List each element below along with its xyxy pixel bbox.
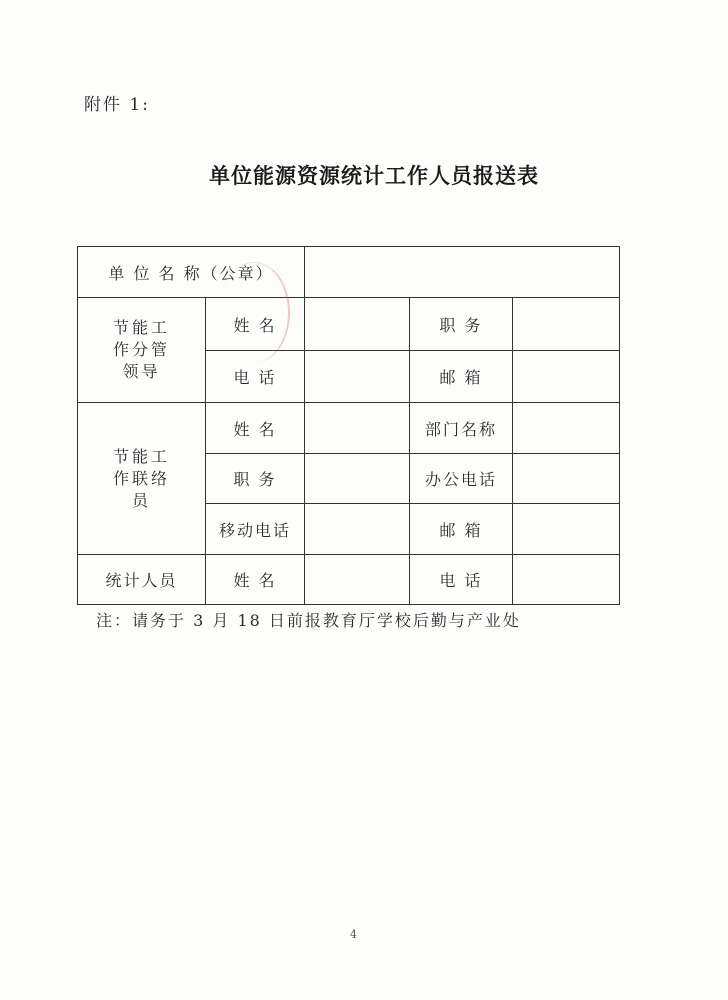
- leader-group-label: 节能工作分管领导: [78, 298, 206, 403]
- leader-name-label: 姓 名: [206, 298, 305, 351]
- report-form-table: 单 位 名 称（公章） 节能工作分管领导 姓 名 职 务 电 话 邮 箱 节能工…: [77, 246, 620, 605]
- stats-phone-field[interactable]: [513, 555, 620, 605]
- stats-name-field[interactable]: [305, 555, 410, 605]
- liaison-position-field[interactable]: [305, 454, 410, 504]
- unit-name-label: 单 位 名 称（公章）: [78, 247, 305, 298]
- unit-name-field[interactable]: [305, 247, 620, 298]
- leader-email-field[interactable]: [513, 351, 620, 403]
- page-number: 4: [350, 928, 357, 941]
- liaison-group-label: 节能工作联络员: [78, 403, 206, 555]
- liaison-department-label: 部门名称: [410, 403, 513, 454]
- liaison-name-field[interactable]: [305, 403, 410, 454]
- liaison-department-field[interactable]: [513, 403, 620, 454]
- liaison-mobile-field[interactable]: [305, 504, 410, 555]
- liaison-position-label: 职 务: [206, 454, 305, 504]
- leader-phone-label: 电 话: [206, 351, 305, 403]
- attachment-label: 附件 1:: [84, 90, 150, 115]
- liaison-mobile-label: 移动电话: [206, 504, 305, 555]
- table-row: 统计人员 姓 名 电 话: [78, 555, 620, 605]
- leader-position-field[interactable]: [513, 298, 620, 351]
- leader-position-label: 职 务: [410, 298, 513, 351]
- stats-phone-label: 电 话: [410, 555, 513, 605]
- liaison-email-label: 邮 箱: [410, 504, 513, 555]
- leader-name-field[interactable]: [305, 298, 410, 351]
- liaison-email-field[interactable]: [513, 504, 620, 555]
- page-title: 单位能源资源统计工作人员报送表: [0, 160, 728, 190]
- table-row: 节能工作分管领导 姓 名 职 务: [78, 298, 620, 351]
- stats-group-label: 统计人员: [78, 555, 206, 605]
- footnote: 注：请务于 3 月 18 日前报教育厅学校后勤与产业处: [96, 608, 521, 631]
- leader-phone-field[interactable]: [305, 351, 410, 403]
- liaison-office-phone-label: 办公电话: [410, 454, 513, 504]
- liaison-office-phone-field[interactable]: [513, 454, 620, 504]
- leader-email-label: 邮 箱: [410, 351, 513, 403]
- table-row: 节能工作联络员 姓 名 部门名称: [78, 403, 620, 454]
- table-row-unit-name: 单 位 名 称（公章）: [78, 247, 620, 298]
- liaison-name-label: 姓 名: [206, 403, 305, 454]
- stats-name-label: 姓 名: [206, 555, 305, 605]
